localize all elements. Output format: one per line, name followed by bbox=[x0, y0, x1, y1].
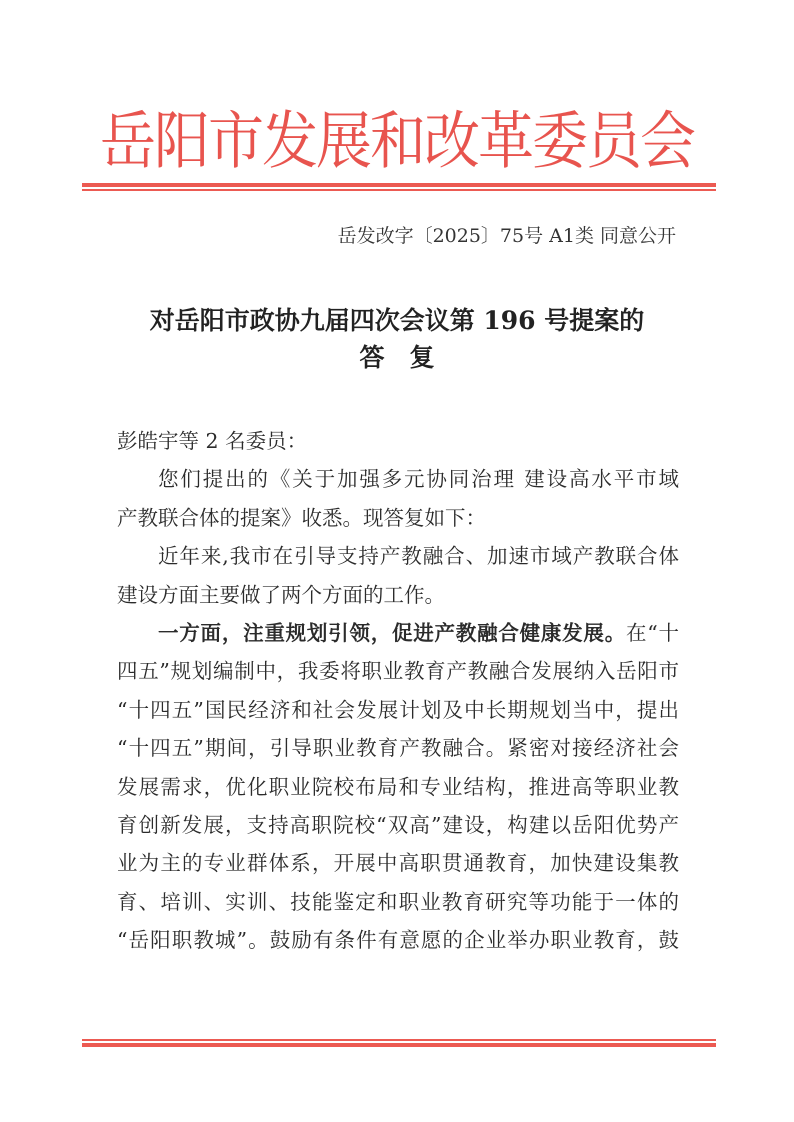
paragraph-2-line-1: 近年来,我市在引导支持产教融合、加速市域产教联合体 bbox=[117, 537, 679, 575]
document-body: 彭皓宇等 2 名委员： 您们提出的《关于加强多元协同治理 建设高水平市域 产教联… bbox=[117, 422, 679, 960]
document-title-line1: 对岳阳市政协九届四次会议第 196 号提案的 bbox=[0, 303, 794, 339]
footer-rule-thin bbox=[82, 1039, 716, 1041]
paragraph-3-line-1-rest: 在“十 bbox=[626, 621, 679, 645]
paragraph-3-line-4: “十四五”期间，引导职业教育产教融合。紧密对接经济社会 bbox=[117, 729, 679, 767]
org-name: 岳阳市发展和改革委员会 bbox=[0, 100, 794, 185]
document-title-line2: 答 复 bbox=[0, 340, 794, 376]
header-rule-thick bbox=[82, 183, 716, 187]
header-rule-thin bbox=[82, 189, 716, 191]
paragraph-1-line-2: 产教联合体的提案》收悉。现答复如下： bbox=[117, 499, 679, 537]
paragraph-3-line-7: 业为主的专业群体系，开展中高职贯通教育，加快建设集教 bbox=[117, 844, 679, 882]
paragraph-3-line-9: “岳阳职教城”。鼓励有条件有意愿的企业举办职业教育，鼓 bbox=[117, 921, 679, 959]
document-number: 岳发改字〔2025〕75号 A1类 同意公开 bbox=[338, 222, 676, 250]
paragraph-3-line-2: 四五”规划编制中，我委将职业教育产教融合发展纳入岳阳市 bbox=[117, 652, 679, 690]
paragraph-2-line-2: 建设方面主要做了两个方面的工作。 bbox=[117, 576, 679, 614]
paragraph-3-line-8: 育、培训、实训、技能鉴定和职业教育研究等功能于一体的 bbox=[117, 883, 679, 921]
paragraph-1-line-1: 您们提出的《关于加强多元协同治理 建设高水平市域 bbox=[117, 460, 679, 498]
footer-rule-thick bbox=[82, 1043, 716, 1047]
paragraph-3-line-5: 发展需求，优化职业院校布局和专业结构，推进高等职业教 bbox=[117, 768, 679, 806]
paragraph-3-line-6: 育创新发展，支持高职院校“双高”建设，构建以岳阳优势产 bbox=[117, 806, 679, 844]
paragraph-3-line-3: “十四五”国民经济和社会发展计划及中长期规划当中，提出 bbox=[117, 691, 679, 729]
salutation: 彭皓宇等 2 名委员： bbox=[117, 422, 679, 460]
paragraph-3-heading: 一方面，注重规划引领，促进产教融合健康发展。 bbox=[158, 621, 626, 645]
paragraph-3-line-1: 一方面，注重规划引领，促进产教融合健康发展。在“十 bbox=[117, 614, 679, 652]
